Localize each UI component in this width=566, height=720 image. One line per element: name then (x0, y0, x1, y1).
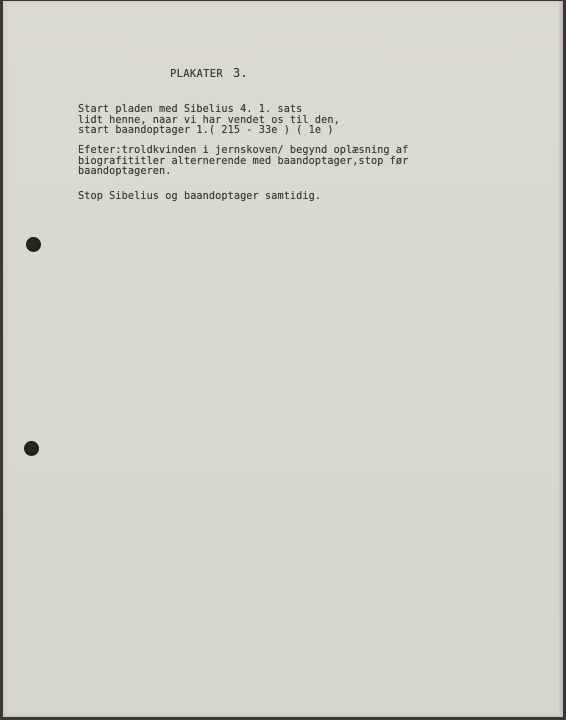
paragraph-2: Efeter:troldkvinden i jernskoven/ begynd… (78, 146, 408, 178)
page-title: PLAKATER3. (170, 68, 248, 80)
text-line: Efeter:troldkvinden i jernskoven/ begynd… (78, 146, 408, 157)
text-line: Stop Sibelius og baandoptager samtidig. (78, 192, 321, 203)
paragraph-3: Stop Sibelius og baandoptager samtidig. (78, 192, 321, 203)
typewritten-page: PLAKATER3. Start pladen med Sibelius 4. … (3, 1, 563, 717)
text-line: Start pladen med Sibelius 4. 1. sats (78, 105, 340, 116)
paragraph-1: Start pladen med Sibelius 4. 1. satslidt… (78, 105, 340, 137)
punch-hole-icon (26, 237, 41, 252)
text-line: start baandoptager 1.( 215 - 33e ) ( 1e … (78, 126, 340, 137)
punch-hole-icon (24, 441, 39, 456)
text-line: baandoptageren. (78, 167, 408, 178)
title-text: PLAKATER (170, 68, 223, 80)
title-number: 3. (233, 66, 248, 80)
